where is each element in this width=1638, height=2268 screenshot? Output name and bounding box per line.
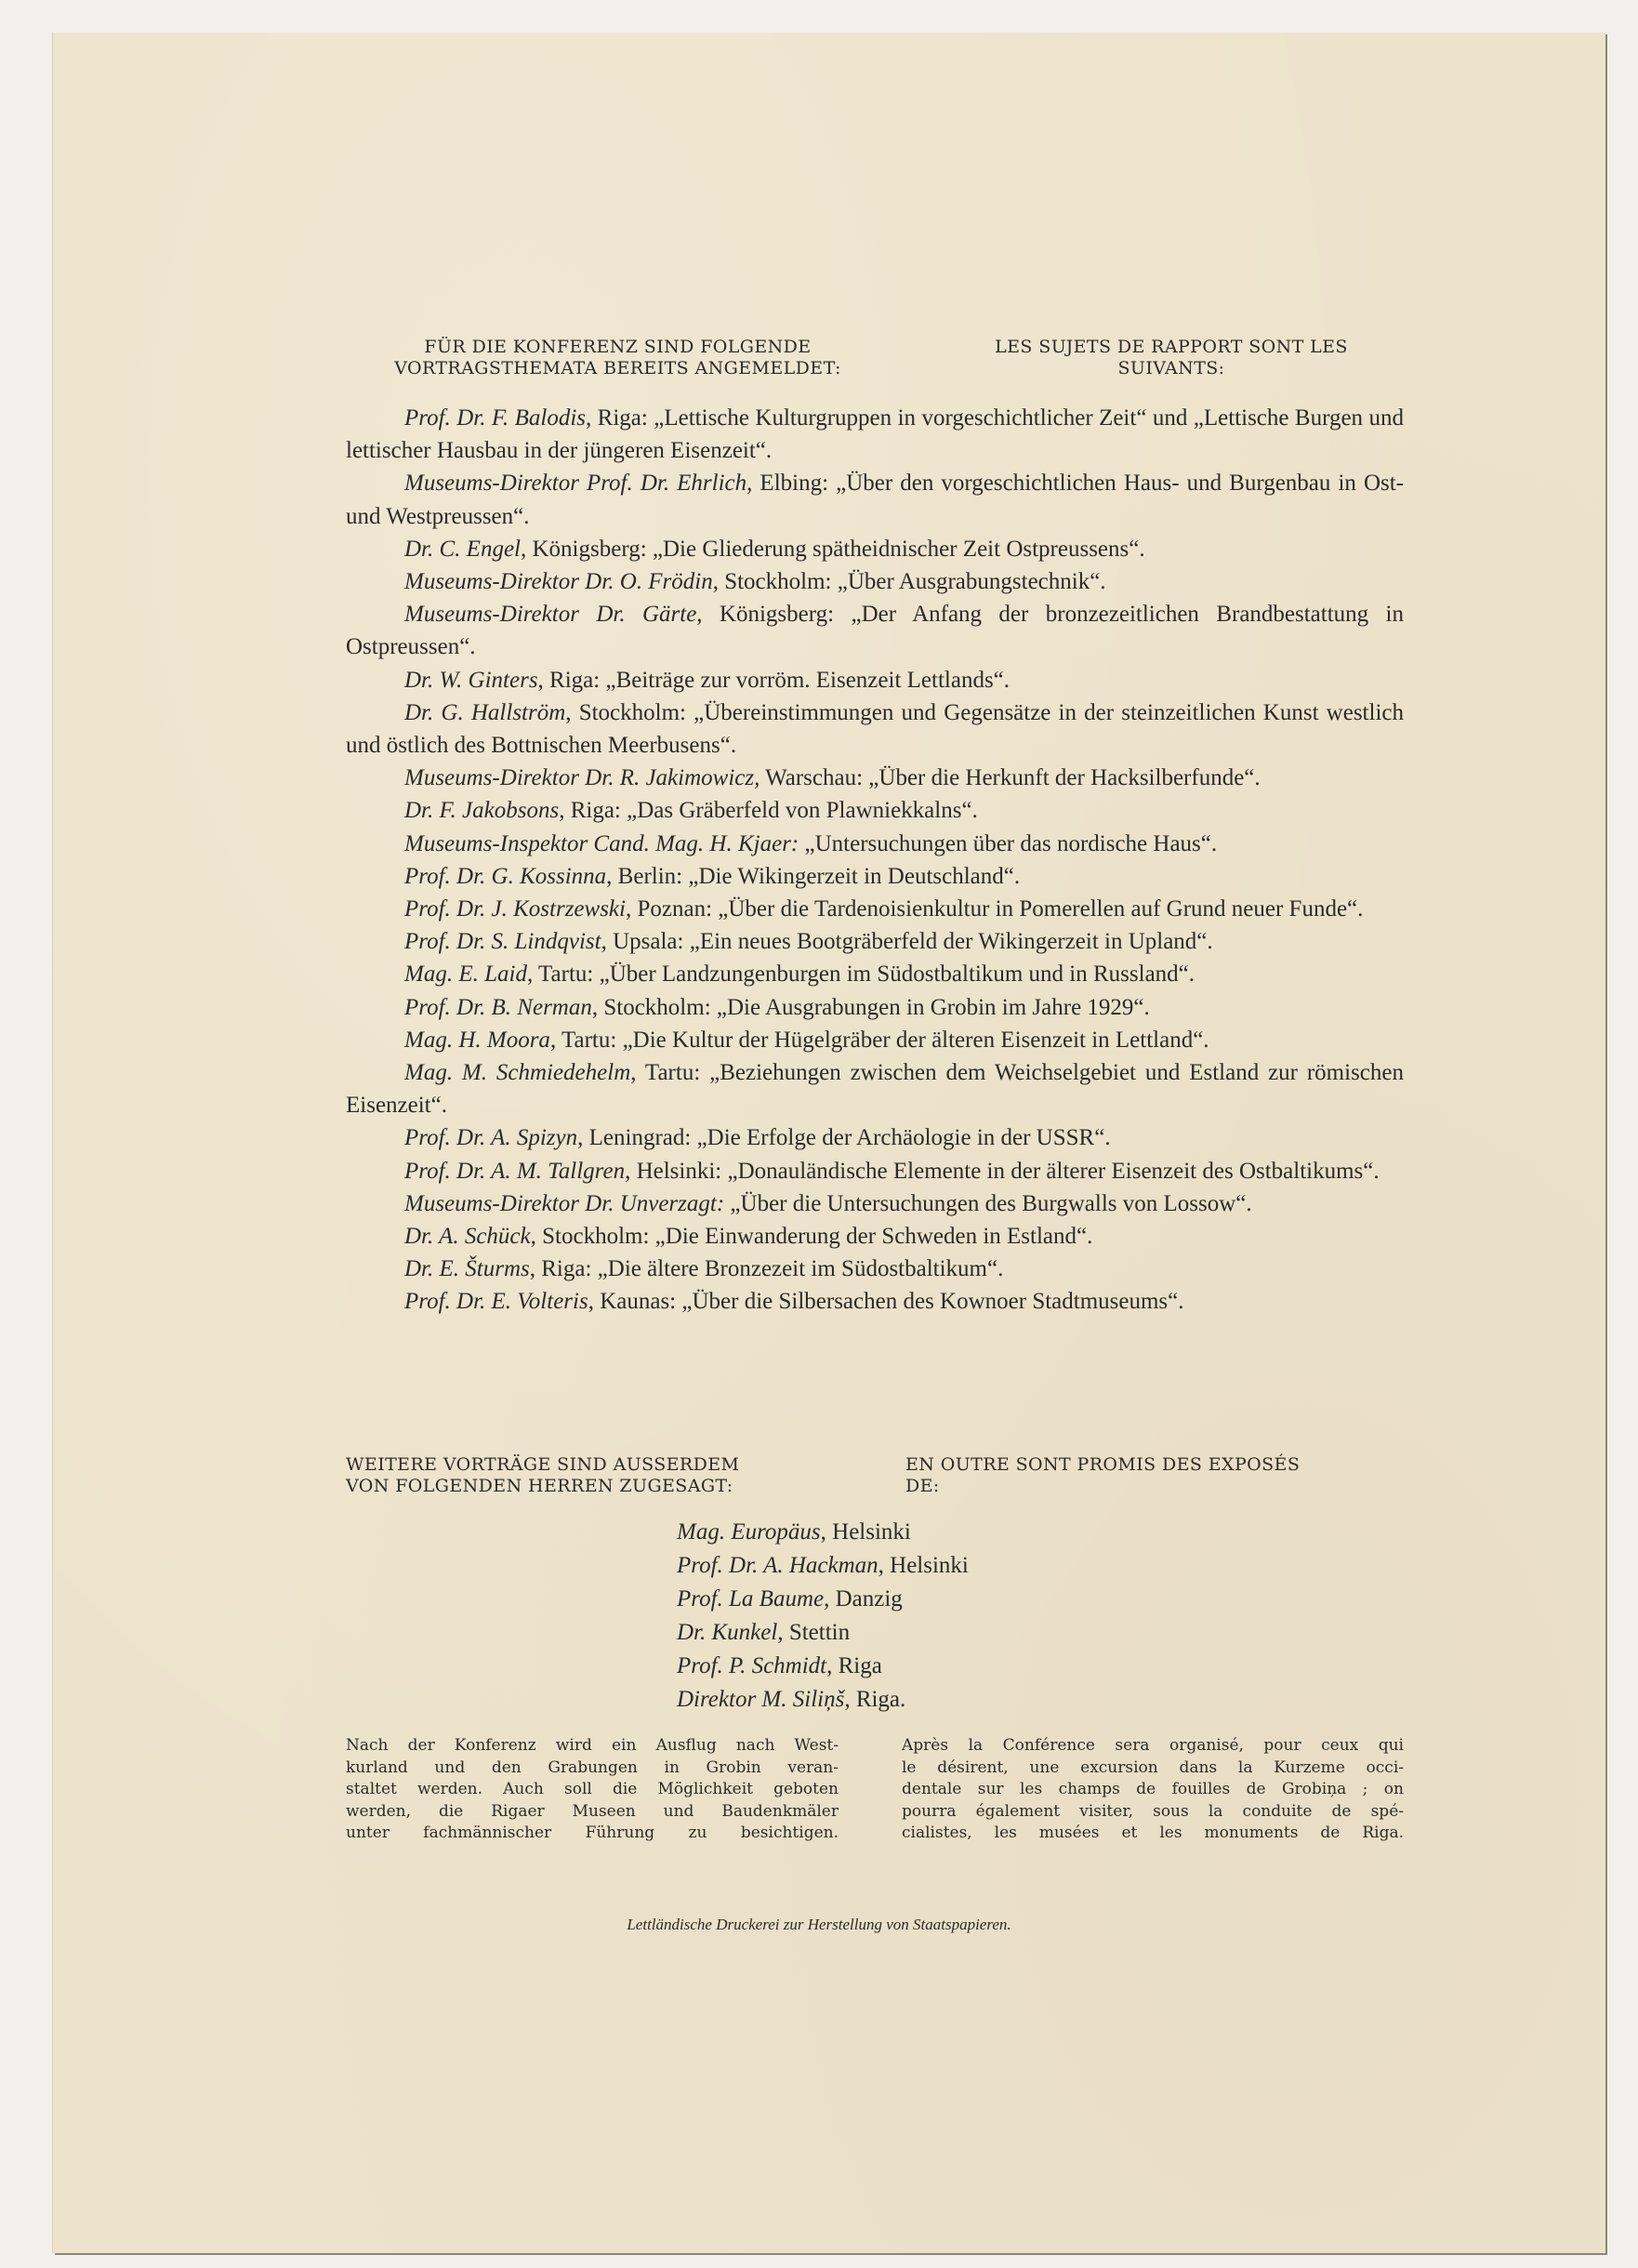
speaker-name: Museums-Direktor Dr. R. Jakimowicz, — [404, 765, 760, 790]
speaker-place: , Berlin: — [606, 864, 688, 889]
speaker-place: , Riga. — [844, 1687, 905, 1712]
talk-entry: Dr. W. Ginters, Riga: „Beiträge zur vorr… — [346, 664, 1404, 696]
speaker-name: Museums-Direktor Prof. Dr. Ehrlich — [404, 471, 746, 496]
speaker-place: , Poznan: — [626, 896, 718, 922]
speaker-name: Mag. Europäus — [677, 1519, 821, 1545]
speaker-name: Prof. Dr. F. Balodis — [404, 405, 586, 431]
speaker-name: Mag. H. Moora — [404, 1028, 550, 1053]
speaker-name: Dr. E. Šturms — [404, 1256, 530, 1281]
speaker-name: Prof. Dr. E. Volteris — [404, 1289, 588, 1314]
talk-entry: Museums-Direktor Prof. Dr. Ehrlich, Elbi… — [346, 467, 1404, 532]
speaker-name: Prof. Dr. B. Nerman — [404, 995, 592, 1020]
talk-title: „Beiträge zur vorröm. Eisenzeit Lettland… — [605, 668, 1010, 693]
excursion-note-german: Nach der Konferenz wird ein Ausflug nach… — [346, 1735, 839, 1845]
note-line: unter fachmännischer Führung zu besichti… — [346, 1823, 839, 1845]
note-line: werden, die Rigaer Museen und Baudenkmäl… — [346, 1801, 839, 1824]
promised-speaker: Mag. Europäus, Helsinki — [677, 1516, 969, 1549]
speaker-name: Prof. Dr. J. Kostrzewski — [404, 896, 626, 922]
talk-entry: Dr. F. Jakobsons, Riga: „Das Gräberfeld … — [346, 794, 1404, 827]
section-heading-announced: FÜR DIE KONFERENZ SIND FOLGENDE VORTRAGS… — [346, 337, 1404, 379]
speaker-name: Prof. La Baume — [677, 1586, 824, 1611]
heading-german-line: VORTRAGSTHEMATA BEREITS ANGEMELDET: — [346, 358, 890, 379]
talk-title: „Ein neues Bootgräberfeld der Wikingerze… — [690, 929, 1213, 954]
printer-imprint: Lettländische Druckerei zur Herstellung … — [0, 1916, 1638, 1934]
speaker-name: Prof. Dr. S. Lindqvist — [404, 929, 601, 954]
speaker-name: Mag. M. Schmiedehelm — [404, 1060, 630, 1085]
talk-entry: Museums-Direktor Dr. O. Frödin, Stockhol… — [346, 565, 1404, 598]
speaker-name: Dr. Kunkel — [677, 1620, 777, 1645]
talk-entry: Prof. Dr. F. Balodis, Riga: „Lettische K… — [346, 402, 1404, 467]
talk-title: „Über Ausgrabungstechnik“. — [838, 569, 1106, 594]
excursion-note-french: Après la Conférence sera organisé, pour … — [902, 1735, 1404, 1845]
heading-french-line: LES SUJETS DE RAPPORT SONT LES — [939, 337, 1404, 358]
speaker-name: Prof. Dr. A. M. Tallgren — [404, 1159, 625, 1184]
speaker-place: , Riga: — [586, 405, 654, 431]
talk-list: Prof. Dr. F. Balodis, Riga: „Lettische K… — [346, 402, 1404, 1319]
speaker-place: , Kaunas: — [588, 1289, 682, 1314]
speaker-place: , Königsberg: — [696, 602, 851, 627]
speaker-name: Museums-Direktor Dr. O. Frödin — [404, 569, 713, 594]
speaker-name: Museums-Inspektor Cand. Mag. H. Kjaer: — [404, 831, 799, 856]
talk-entry: Dr. E. Šturms, Riga: „Die ältere Bronzez… — [346, 1253, 1404, 1285]
talk-title: „Untersuchungen über das nordische Haus“… — [805, 831, 1218, 856]
heading-french-line: DE: — [905, 1476, 1404, 1497]
heading-french: LES SUJETS DE RAPPORT SONT LES SUIVANTS: — [939, 337, 1404, 379]
speaker-place: , Stockholm: — [565, 700, 694, 725]
speaker-place: , Stockholm: — [592, 995, 717, 1020]
heading-german-line: VON FOLGENDEN HERREN ZUGESAGT: — [346, 1476, 829, 1497]
speaker-name: Dr. C. Engel — [404, 537, 521, 562]
talk-title: „Das Gräberfeld von Plawniekkalns“. — [627, 798, 978, 823]
speaker-place: , Riga: — [530, 1256, 598, 1281]
heading-french-line: SUIVANTS: — [939, 358, 1404, 379]
speaker-place: , Tartu: — [527, 962, 600, 987]
talk-entry: Mag. H. Moora, Tartu: „Die Kultur der Hü… — [346, 1024, 1404, 1056]
talk-title: „Die Erfolge der Archäologie in der USSR… — [697, 1125, 1111, 1150]
talk-entry: Mag. M. Schmiedehelm, Tartu: „Beziehunge… — [346, 1056, 1404, 1121]
promised-speaker: Direktor M. Siliņš, Riga. — [677, 1683, 969, 1717]
talk-title: „Die Wikingerzeit in Deutschland“. — [688, 864, 1020, 889]
talk-entry: Dr. G. Hallström, Stockholm: „Übereinsti… — [346, 696, 1404, 762]
speaker-place: , Helsinki: — [625, 1159, 727, 1184]
speaker-name: Dr. A. Schück — [404, 1224, 531, 1249]
talk-title: „Über die Tardenoisienkultur in Pomerell… — [718, 896, 1363, 922]
speaker-name: Prof. P. Schmidt — [677, 1653, 826, 1678]
talk-title: „Die Einwanderung der Schweden in Estlan… — [655, 1224, 1093, 1249]
talk-title: „Über die Untersuchungen des Burgwalls v… — [730, 1191, 1251, 1216]
speaker-place: , Riga: — [559, 798, 627, 823]
talk-entry: Prof. Dr. J. Kostrzewski, Poznan: „Über … — [346, 893, 1404, 925]
speaker-name: Mag. E. Laid — [404, 962, 527, 987]
speaker-place: , Stockholm: — [713, 569, 838, 594]
note-line: cialistes, les musées et les monuments d… — [902, 1823, 1404, 1845]
talk-title: „Über Landzungenburgen im Südostbaltikum… — [600, 962, 1195, 987]
talk-entry: Dr. A. Schück, Stockholm: „Die Einwander… — [346, 1220, 1404, 1253]
promised-speaker: Prof. Dr. A. Hackman, Helsinki — [677, 1549, 969, 1583]
heading-german-line: WEITERE VORTRÄGE SIND AUSSERDEM — [346, 1454, 829, 1476]
talk-title: „Donauländische Elemente in der älterer … — [728, 1159, 1380, 1184]
speaker-name: Prof. Dr. G. Kossinna — [404, 864, 606, 889]
speaker-place: , Upsala: — [601, 929, 690, 954]
speaker-name: Museums-Direktor Dr. Gärte — [404, 602, 696, 627]
note-line: kurland und den Grabungen in Grobin vera… — [346, 1757, 839, 1780]
talk-entry: Museums-Direktor Dr. Unverzagt: „Über di… — [346, 1187, 1404, 1220]
speaker-place: Warschau: — [760, 765, 868, 790]
talk-entry: Prof. Dr. A. M. Tallgren, Helsinki: „Don… — [346, 1155, 1404, 1187]
promised-speaker: Prof. P. Schmidt, Riga — [677, 1650, 969, 1683]
talk-title: „Die Gliederung spätheidnischer Zeit Ost… — [653, 537, 1145, 562]
talk-entry: Dr. C. Engel, Königsberg: „Die Gliederun… — [346, 533, 1404, 565]
promised-speaker: Dr. Kunkel, Stettin — [677, 1616, 969, 1650]
promised-speakers-list: Mag. Europäus, HelsinkiProf. Dr. A. Hack… — [677, 1516, 969, 1717]
talk-title: „Über die Silbersachen des Kownoer Stadt… — [681, 1289, 1183, 1314]
speaker-place: , Königsberg: — [521, 537, 653, 562]
speaker-place: , Tartu: — [550, 1028, 623, 1053]
speaker-place: , Leningrad: — [577, 1125, 696, 1150]
promised-speaker: Prof. La Baume, Danzig — [677, 1583, 969, 1616]
talk-title: „Die Ausgrabungen in Grobin im Jahre 192… — [717, 995, 1150, 1020]
speaker-place: , Tartu: — [630, 1060, 709, 1085]
speaker-name: Prof. Dr. A. Hackman — [677, 1553, 878, 1578]
note-line: Après la Conférence sera organisé, pour … — [902, 1735, 1404, 1757]
talk-entry: Mag. E. Laid, Tartu: „Über Landzungenbur… — [346, 958, 1404, 990]
talk-entry: Prof. Dr. E. Volteris, Kaunas: „Über die… — [346, 1285, 1404, 1318]
speaker-name: Museums-Direktor Dr. Unverzagt: — [404, 1191, 724, 1216]
heading-french: EN OUTRE SONT PROMIS DES EXPOSÉS DE: — [905, 1454, 1404, 1497]
talk-title: „Die ältere Bronzezeit im Südostbaltikum… — [598, 1256, 1004, 1281]
heading-french-line: EN OUTRE SONT PROMIS DES EXPOSÉS — [905, 1454, 1404, 1476]
note-line: staltet werden. Auch soll die Möglichkei… — [346, 1779, 839, 1801]
heading-german-line: FÜR DIE KONFERENZ SIND FOLGENDE — [346, 337, 890, 358]
speaker-place: , Stockholm: — [531, 1224, 655, 1249]
talk-entry: Prof. Dr. S. Lindqvist, Upsala: „Ein neu… — [346, 925, 1404, 958]
note-line: dentale sur les champs de fouilles de Gr… — [902, 1779, 1404, 1801]
heading-german: FÜR DIE KONFERENZ SIND FOLGENDE VORTRAGS… — [346, 337, 890, 379]
talk-entry: Museums-Direktor Dr. Gärte, Königsberg: … — [346, 598, 1404, 663]
talk-entry: Prof. Dr. A. Spizyn, Leningrad: „Die Erf… — [346, 1121, 1404, 1154]
speaker-place: , Riga — [826, 1653, 882, 1678]
talk-entry: Museums-Direktor Dr. R. Jakimowicz, Wars… — [346, 762, 1404, 794]
speaker-name: Dr. F. Jakobsons — [404, 798, 559, 823]
speaker-place: , Elbing: — [746, 471, 836, 496]
speaker-name: Dr. W. Ginters — [404, 668, 538, 693]
note-line: Nach der Konferenz wird ein Ausflug nach… — [346, 1735, 839, 1757]
talk-entry: Prof. Dr. B. Nerman, Stockholm: „Die Aus… — [346, 991, 1404, 1024]
talk-title: „Über die Herkunft der Hacksilberfunde“. — [868, 765, 1260, 790]
speaker-place: , Danzig — [824, 1586, 903, 1611]
talk-entry: Prof. Dr. G. Kossinna, Berlin: „Die Wiki… — [346, 860, 1404, 893]
speaker-place: , Helsinki — [821, 1519, 911, 1545]
speaker-name: Prof. Dr. A. Spizyn — [404, 1125, 577, 1150]
speaker-place: , Helsinki — [878, 1553, 969, 1578]
talk-entry: Museums-Inspektor Cand. Mag. H. Kjaer: „… — [346, 828, 1404, 860]
heading-german: WEITERE VORTRÄGE SIND AUSSERDEM VON FOLG… — [346, 1454, 829, 1497]
speaker-place: , Stettin — [777, 1620, 850, 1645]
speaker-name: Direktor M. Siliņš — [677, 1687, 844, 1712]
note-line: le désirent, une excursion dans la Kurze… — [902, 1757, 1404, 1780]
speaker-place: , Riga: — [538, 668, 606, 693]
speaker-name: Dr. G. Hallström — [404, 700, 565, 725]
excursion-notes: Nach der Konferenz wird ein Ausflug nach… — [346, 1735, 1404, 1845]
note-line: pourra également visiter, sous la condui… — [902, 1801, 1404, 1824]
section-heading-promised: WEITERE VORTRÄGE SIND AUSSERDEM VON FOLG… — [346, 1454, 1404, 1497]
talk-title: „Die Kultur der Hügelgräber der älteren … — [623, 1028, 1209, 1053]
